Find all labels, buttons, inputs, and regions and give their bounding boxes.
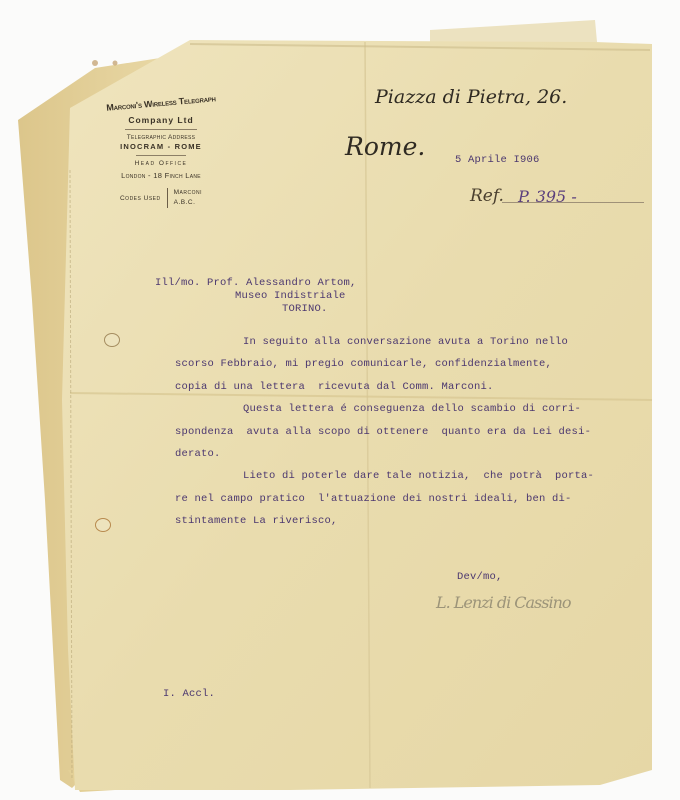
body-line: scorso Febbraio, mi pregio comunicarle, … — [175, 358, 552, 370]
divider — [125, 129, 197, 130]
body-line: re nel campo pratico l'attuazione dei no… — [175, 493, 572, 505]
telegraphic-label: Telegraphic Address — [96, 134, 226, 141]
body-line: Questa lettera é conseguenza dello scamb… — [243, 403, 581, 415]
ref-number: P. 395 - — [518, 187, 577, 206]
divider — [167, 188, 168, 208]
closing: Dev/mo, — [457, 571, 503, 583]
head-office-address: London - 18 Finch Lane — [96, 171, 226, 180]
codes-label: Codes Used — [120, 195, 161, 202]
recipient-line-1: Ill/mo. Prof. Alessandro Artom, — [155, 277, 357, 289]
body-line: Lieto di poterle dare tale notizia, che … — [243, 470, 594, 482]
recipient-line-2: Museo Indistriale — [235, 290, 346, 302]
codes-list: Marconi A.B.C. — [174, 188, 202, 208]
company-name: Marconi's Wireless Telegraph — [96, 92, 226, 113]
code-item: A.B.C. — [174, 198, 202, 208]
punch-hole-bottom — [95, 518, 111, 532]
codes-block: Codes Used Marconi A.B.C. — [96, 188, 226, 208]
company-suffix: Company Ltd — [96, 115, 226, 125]
ref-label: Ref. — [470, 186, 504, 206]
code-item: Marconi — [174, 188, 202, 198]
body-line: copia di una lettera ricevuta dal Comm. … — [175, 381, 494, 393]
punch-hole-top — [104, 333, 120, 347]
body-line: spondenza avuta alla scopo di ottenere q… — [175, 426, 591, 438]
body-line: stintamente La riverisco, — [175, 515, 338, 527]
body-line: In seguito alla conversazione avuta a To… — [243, 336, 568, 348]
recipient-line-3: TORINO. — [282, 303, 328, 315]
street-address: Piazza di Pietra, 26. — [375, 86, 567, 108]
city: Rome. — [345, 132, 425, 161]
letter-date: 5 Aprile I906 — [455, 154, 540, 166]
body-line: derato. — [175, 448, 221, 460]
telegraphic-address: INOCRAM - ROME — [96, 142, 226, 151]
head-office-label: Head Office — [96, 160, 226, 167]
divider — [136, 155, 186, 156]
ref-underline — [502, 202, 644, 203]
enclosure-note: I. Accl. — [163, 688, 215, 700]
signature: L. Lenzi di Cassino — [436, 593, 571, 612]
letterhead-company: Marconi's Wireless Telegraph Company Ltd… — [96, 96, 226, 208]
